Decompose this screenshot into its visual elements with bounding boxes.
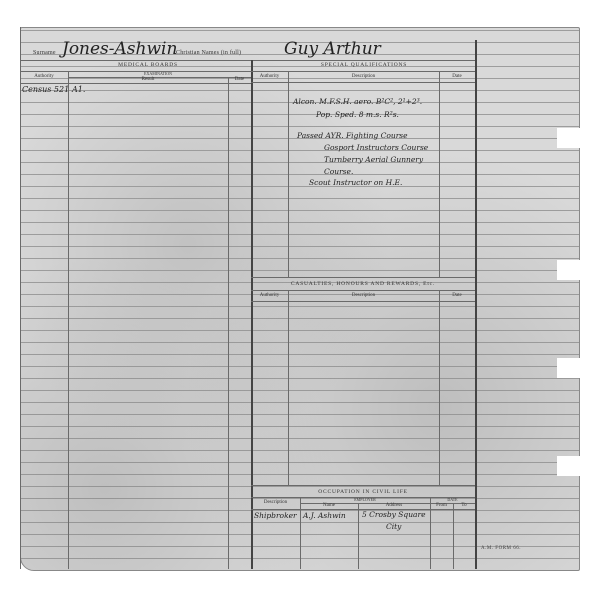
medical-authority-value: Census 521 [22,85,69,94]
form-number: A.M. FORM 66. [481,546,521,551]
sq-authority-header: Authority [251,74,288,79]
rule [358,503,359,569]
sq-date-col [439,72,440,277]
card-notch [557,456,581,476]
rule [251,82,475,83]
occ-name-header: Name [300,503,358,508]
header-divider [20,60,475,61]
cas-authority-header: Authority [251,293,288,298]
casualties-title: CASUALTIES, HONOURS AND REWARDS, Etc. [251,281,475,287]
medical-boards-title: MEDICAL BOARDS [68,62,228,68]
sq-line: Gosport Instructors Course [324,143,428,152]
medical-result-value: A1. [72,85,85,94]
christian-names-value: Guy Arthur [284,39,381,59]
occ-description-value: Shipbroker [254,511,297,520]
frame-left [20,27,21,569]
result-header: Result [68,77,228,82]
sq-line: Passed AYR. Fighting Course [297,131,408,140]
sq-line: Alcon. M.F.S.H. aero. B²C², 2¹+2³. [293,97,422,106]
sq-line: Course. [324,167,353,176]
occ-address-line1: 5 Crosby Square [362,510,426,519]
surname-value: Jones-Ashwin [62,39,177,59]
sq-authority-col [288,72,289,277]
rule [251,301,475,302]
occ-name-value: A.J. Ashwin [303,511,346,520]
cas-description-header: Description [288,293,439,298]
medical-authority-header: Authority [20,74,68,79]
employer-header: EMPLOYER [300,497,430,502]
occ-description-header: Description [251,500,300,505]
rule [20,83,251,84]
occ-to-header: To [453,503,475,508]
sq-line: Turnberry Aerial Gunnery [324,155,423,164]
rule [453,503,454,569]
sq-description-header: Description [288,74,439,79]
occ-address-header: Address [358,503,430,508]
card-notch [557,260,581,280]
medical-date-header: Date [228,77,251,82]
rule [251,71,475,72]
cas-date-col [439,290,440,485]
medical-authority-col [68,72,69,569]
sq-line: Scout Instructor on H.E. [309,178,402,187]
occ-address-line2: City [386,522,401,531]
card-notch [557,128,581,148]
card-notch [557,358,581,378]
surname-label: Surname [33,50,56,56]
sq-date-header: Date [439,74,475,79]
occupation-title: OCCUPATION IN CIVIL LIFE [251,489,475,495]
rule [251,485,475,486]
rule [251,277,475,278]
rule [251,290,475,291]
christian-names-label: Christian Names (in full) [176,50,241,56]
cas-authority-col [288,290,289,485]
special-qualifications-title: SPECIAL QUALIFICATIONS [253,62,475,68]
examination-header: EXAMINATION [68,71,248,76]
occ-from-header: From [430,503,453,508]
medical-date-col [228,78,229,569]
cas-date-header: Date [439,293,475,298]
occ-date-header: DATE [430,497,475,502]
right-divider [475,40,477,569]
sq-line: Pop. Sped. 8 m.s. R²s. [316,110,399,119]
